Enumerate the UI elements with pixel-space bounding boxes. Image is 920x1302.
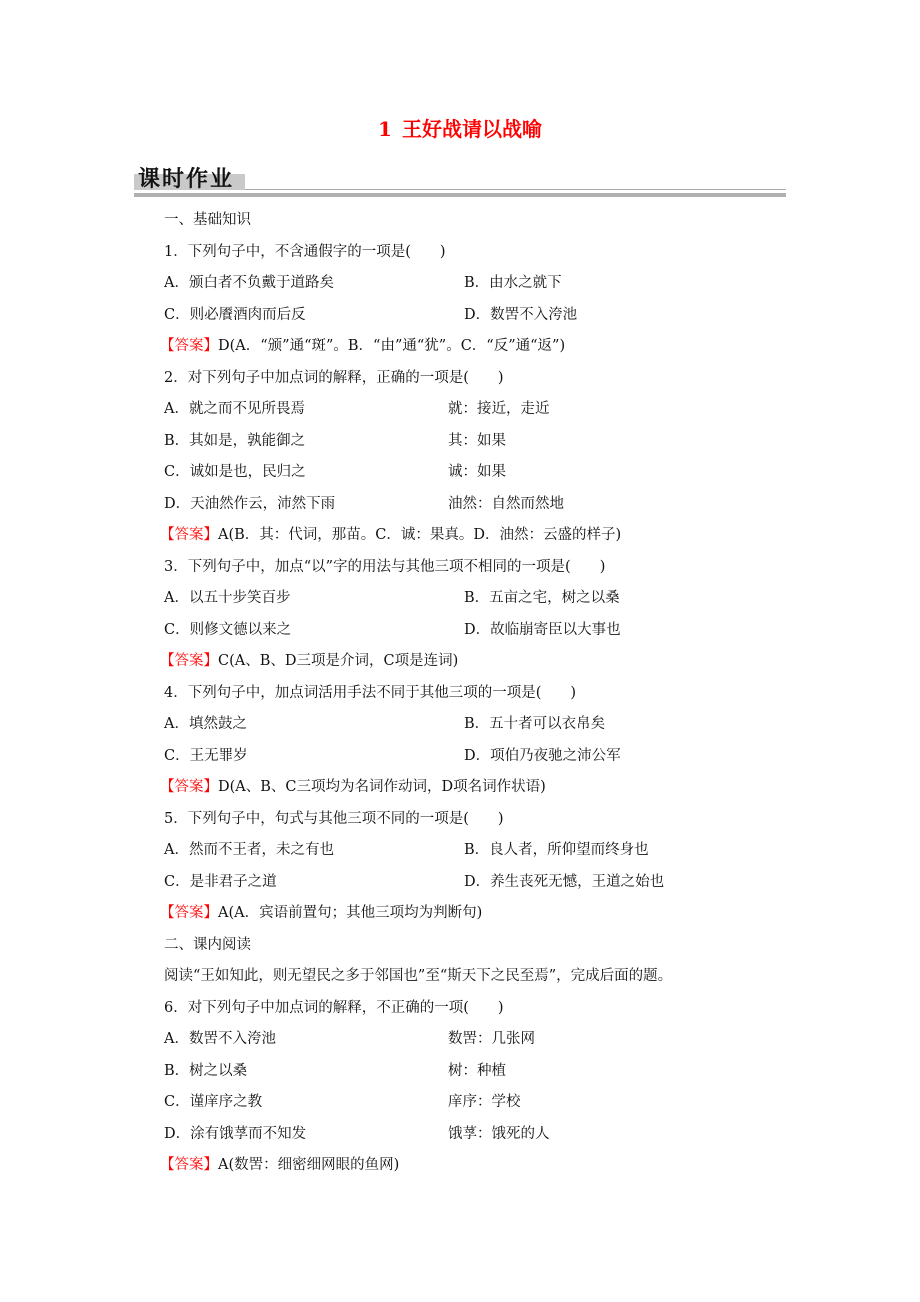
option-a-gloss: 数罟：几张网 xyxy=(448,1027,535,1051)
option-a-gloss: 就：接近，走近 xyxy=(448,397,550,421)
section-heading: 二、课内阅读 xyxy=(164,933,251,957)
option-c: C．是非君子之道 xyxy=(164,870,277,894)
option-b: B．树之以桑 xyxy=(164,1059,247,1083)
option-c: C．谨庠序之教 xyxy=(164,1090,262,1114)
option-b-gloss: 其：如果 xyxy=(448,429,506,453)
option-b: B．五亩之宅，树之以桑 xyxy=(464,586,620,610)
section-heading: 一、基础知识 xyxy=(164,208,251,232)
option-a: A．颁白者不负戴于道路矣 xyxy=(164,271,334,295)
answer-tag: 【答案】 xyxy=(160,1157,218,1173)
answer-text: C(A、B、D三项是介词，C项是连词) xyxy=(218,653,458,669)
option-c-gloss: 庠序：学校 xyxy=(448,1090,521,1114)
header-divider-thick xyxy=(134,193,786,197)
answer-line: 【答案】D(A．“颁”通“斑”。B．“由”通“犹”。C．“反”通“返”) xyxy=(160,334,565,358)
answer-text: A(A．宾语前置句；其他三项均为判断句) xyxy=(218,905,482,921)
answer-text: D(A、B、C三项均为名词作动词，D项名词作状语) xyxy=(218,779,546,795)
document-title: 1王好战请以战喻 xyxy=(0,113,920,142)
option-b: B．五十者可以衣帛矣 xyxy=(464,712,605,736)
answer-line: 【答案】C(A、B、D三项是介词，C项是连词) xyxy=(160,649,458,673)
option-a: A．填然鼓之 xyxy=(164,712,247,736)
question-stem: 4．下列句子中，加点词活用手法不同于其他三项的一项是( ) xyxy=(164,681,576,705)
answer-line: 【答案】A(A．宾语前置句；其他三项均为判断句) xyxy=(160,901,482,925)
answer-tag: 【答案】 xyxy=(160,905,218,921)
question-stem: 3．下列句子中，加点“以”字的用法与其他三项不相同的一项是( ) xyxy=(164,555,605,579)
question-stem: 2．对下列句子中加点词的解释，正确的一项是( ) xyxy=(164,366,504,390)
option-c: C．则修文德以来之 xyxy=(164,618,291,642)
answer-line: 【答案】D(A、B、C三项均为名词作动词，D项名词作状语) xyxy=(160,775,546,799)
reading-instruction: 阅读“王如知此，则无望民之多于邻国也”至“斯天下之民至焉”，完成后面的题。 xyxy=(164,964,672,988)
option-d: D．涂有饿莩而不知发 xyxy=(164,1122,306,1146)
answer-tag: 【答案】 xyxy=(160,653,218,669)
option-a: A．然而不王者，未之有也 xyxy=(164,838,334,862)
option-c: C．诚如是也，民归之 xyxy=(164,460,306,484)
option-d: D．养生丧死无憾，王道之始也 xyxy=(464,870,664,894)
answer-tag: 【答案】 xyxy=(160,338,218,354)
option-b: B．由水之就下 xyxy=(464,271,562,295)
option-d-gloss: 饿莩：饿死的人 xyxy=(448,1122,550,1146)
option-b: B．良人者，所仰望而终身也 xyxy=(464,838,649,862)
option-a: A．数罟不入洿池 xyxy=(164,1027,276,1051)
title-number: 1 xyxy=(378,117,392,141)
answer-tag: 【答案】 xyxy=(160,527,218,543)
option-c-gloss: 诚：如果 xyxy=(448,460,506,484)
answer-text: A(B．其：代词，那苗。C．诚：果真。D．油然：云盛的样子) xyxy=(218,527,621,543)
option-d: D．天油然作云，沛然下雨 xyxy=(164,492,335,516)
question-stem: 5．下列句子中，句式与其他三项不同的一项是( ) xyxy=(164,807,504,831)
section-header-label: 课时作业 xyxy=(138,162,234,193)
option-a: A．以五十步笑百步 xyxy=(164,586,290,610)
answer-line: 【答案】A(B．其：代词，那苗。C．诚：果真。D．油然：云盛的样子) xyxy=(160,523,621,547)
answer-text: D(A．“颁”通“斑”。B．“由”通“犹”。C．“反”通“返”) xyxy=(218,338,565,354)
option-c: C．王无罪岁 xyxy=(164,744,248,768)
answer-tag: 【答案】 xyxy=(160,779,218,795)
option-d-gloss: 油然：自然而然地 xyxy=(448,492,564,516)
option-b-gloss: 树：种植 xyxy=(448,1059,506,1083)
question-stem: 6．对下列句子中加点词的解释，不正确的一项( ) xyxy=(164,996,504,1020)
option-d: D．项伯乃夜驰之沛公军 xyxy=(464,744,621,768)
question-stem: 1．下列句子中，不含通假字的一项是( ) xyxy=(164,240,446,264)
answer-line: 【答案】A(数罟：细密细网眼的鱼网) xyxy=(160,1153,399,1177)
answer-text: A(数罟：细密细网眼的鱼网) xyxy=(218,1157,399,1173)
title-text: 王好战请以战喻 xyxy=(402,117,542,141)
header-divider-thin xyxy=(245,189,786,190)
option-d: D．数罟不入洿池 xyxy=(464,303,577,327)
option-a: A．就之而不见所畏焉 xyxy=(164,397,305,421)
option-c: C．则必餍酒肉而后反 xyxy=(164,303,306,327)
section-header-bar: 课时作业 xyxy=(134,162,786,198)
option-b: B．其如是，孰能御之 xyxy=(164,429,305,453)
option-d: D．故临崩寄臣以大事也 xyxy=(464,618,621,642)
